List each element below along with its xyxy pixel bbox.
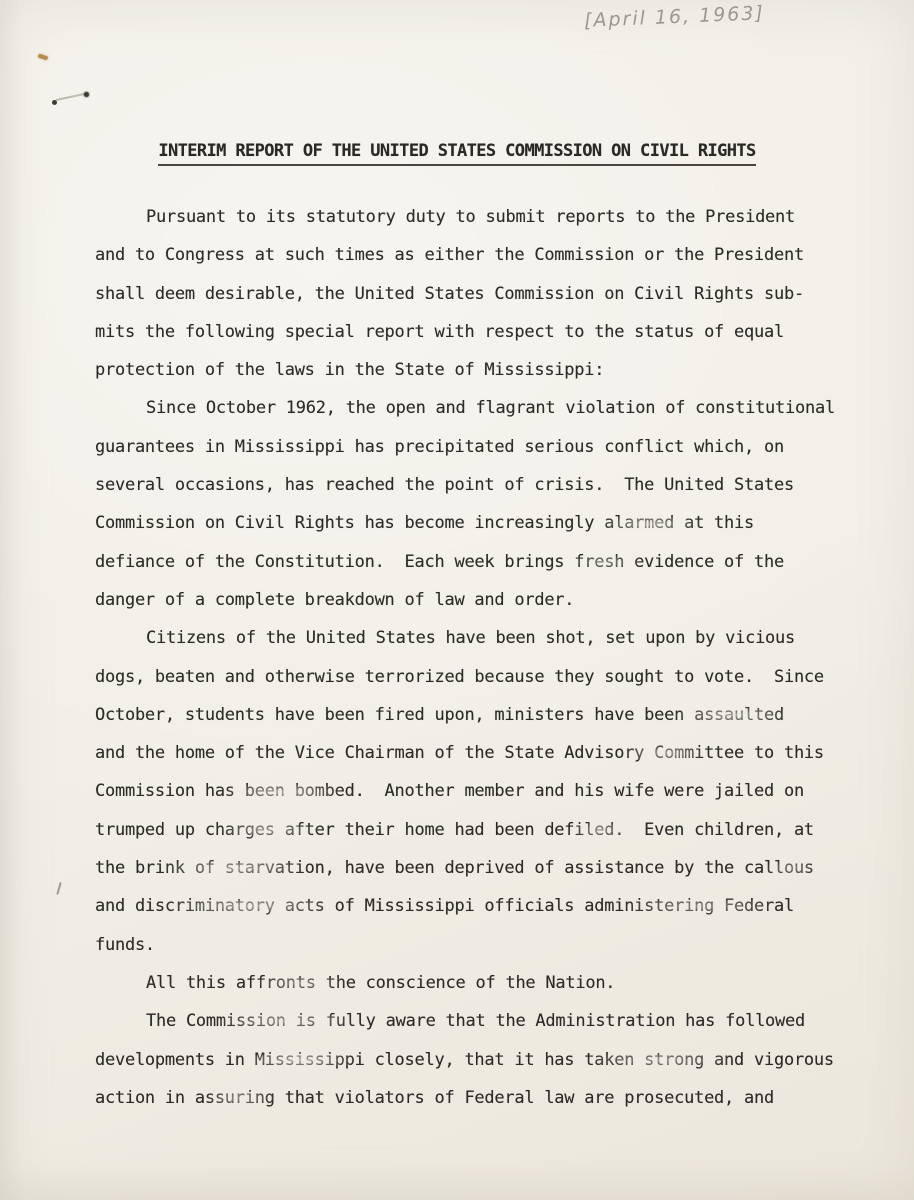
text-line: action in assuring that violators of Fed… [95, 1079, 885, 1117]
text-line: The Commission is fully aware that the A… [95, 1002, 885, 1040]
text-line: October, students have been fired upon, … [95, 696, 885, 734]
text-line: several occasions, has reached the point… [95, 466, 885, 504]
text-line: Commission on Civil Rights has become in… [95, 504, 885, 542]
text-line: mits the following special report with r… [95, 313, 885, 351]
pencil-stroke [56, 93, 86, 101]
text-line: developments in Mississippi closely, tha… [95, 1041, 885, 1079]
pencil-mark [52, 90, 92, 106]
pencil-dot [52, 100, 57, 105]
text-line: funds. [95, 926, 885, 964]
title-row: INTERIM REPORT OF THE UNITED STATES COMM… [0, 141, 914, 166]
text-line: the brink of starvation, have been depri… [95, 849, 885, 887]
scanned-document-page: [April 16, 1963] INTERIM REPORT OF THE U… [0, 0, 914, 1200]
handwritten-date-annotation: [April 16, 1963] [584, 2, 766, 32]
text-line: danger of a complete breakdown of law an… [95, 581, 885, 619]
text-line: Commission has been bombed. Another memb… [95, 772, 885, 810]
text-line: trumped up charges after their home had … [95, 811, 885, 849]
text-line: Citizens of the United States have been … [95, 619, 885, 657]
text-line: guarantees in Mississippi has precipitat… [95, 428, 885, 466]
text-line: shall deem desirable, the United States … [95, 275, 885, 313]
text-line: protection of the laws in the State of M… [95, 351, 885, 389]
margin-tick-mark [56, 882, 62, 895]
pencil-dot [84, 92, 89, 97]
text-line: dogs, beaten and otherwise terrorized be… [95, 658, 885, 696]
text-line: and the home of the Vice Chairman of the… [95, 734, 885, 772]
text-line: and to Congress at such times as either … [95, 236, 885, 274]
text-line: Since October 1962, the open and flagran… [95, 389, 885, 427]
text-line: Pursuant to its statutory duty to submit… [95, 198, 885, 236]
rust-spot [38, 54, 49, 61]
document-title: INTERIM REPORT OF THE UNITED STATES COMM… [158, 141, 755, 166]
text-line: and discriminatory acts of Mississippi o… [95, 887, 885, 925]
text-line: All this affronts the conscience of the … [95, 964, 885, 1002]
document-body: Pursuant to its statutory duty to submit… [95, 198, 885, 1117]
text-line: defiance of the Constitution. Each week … [95, 543, 885, 581]
